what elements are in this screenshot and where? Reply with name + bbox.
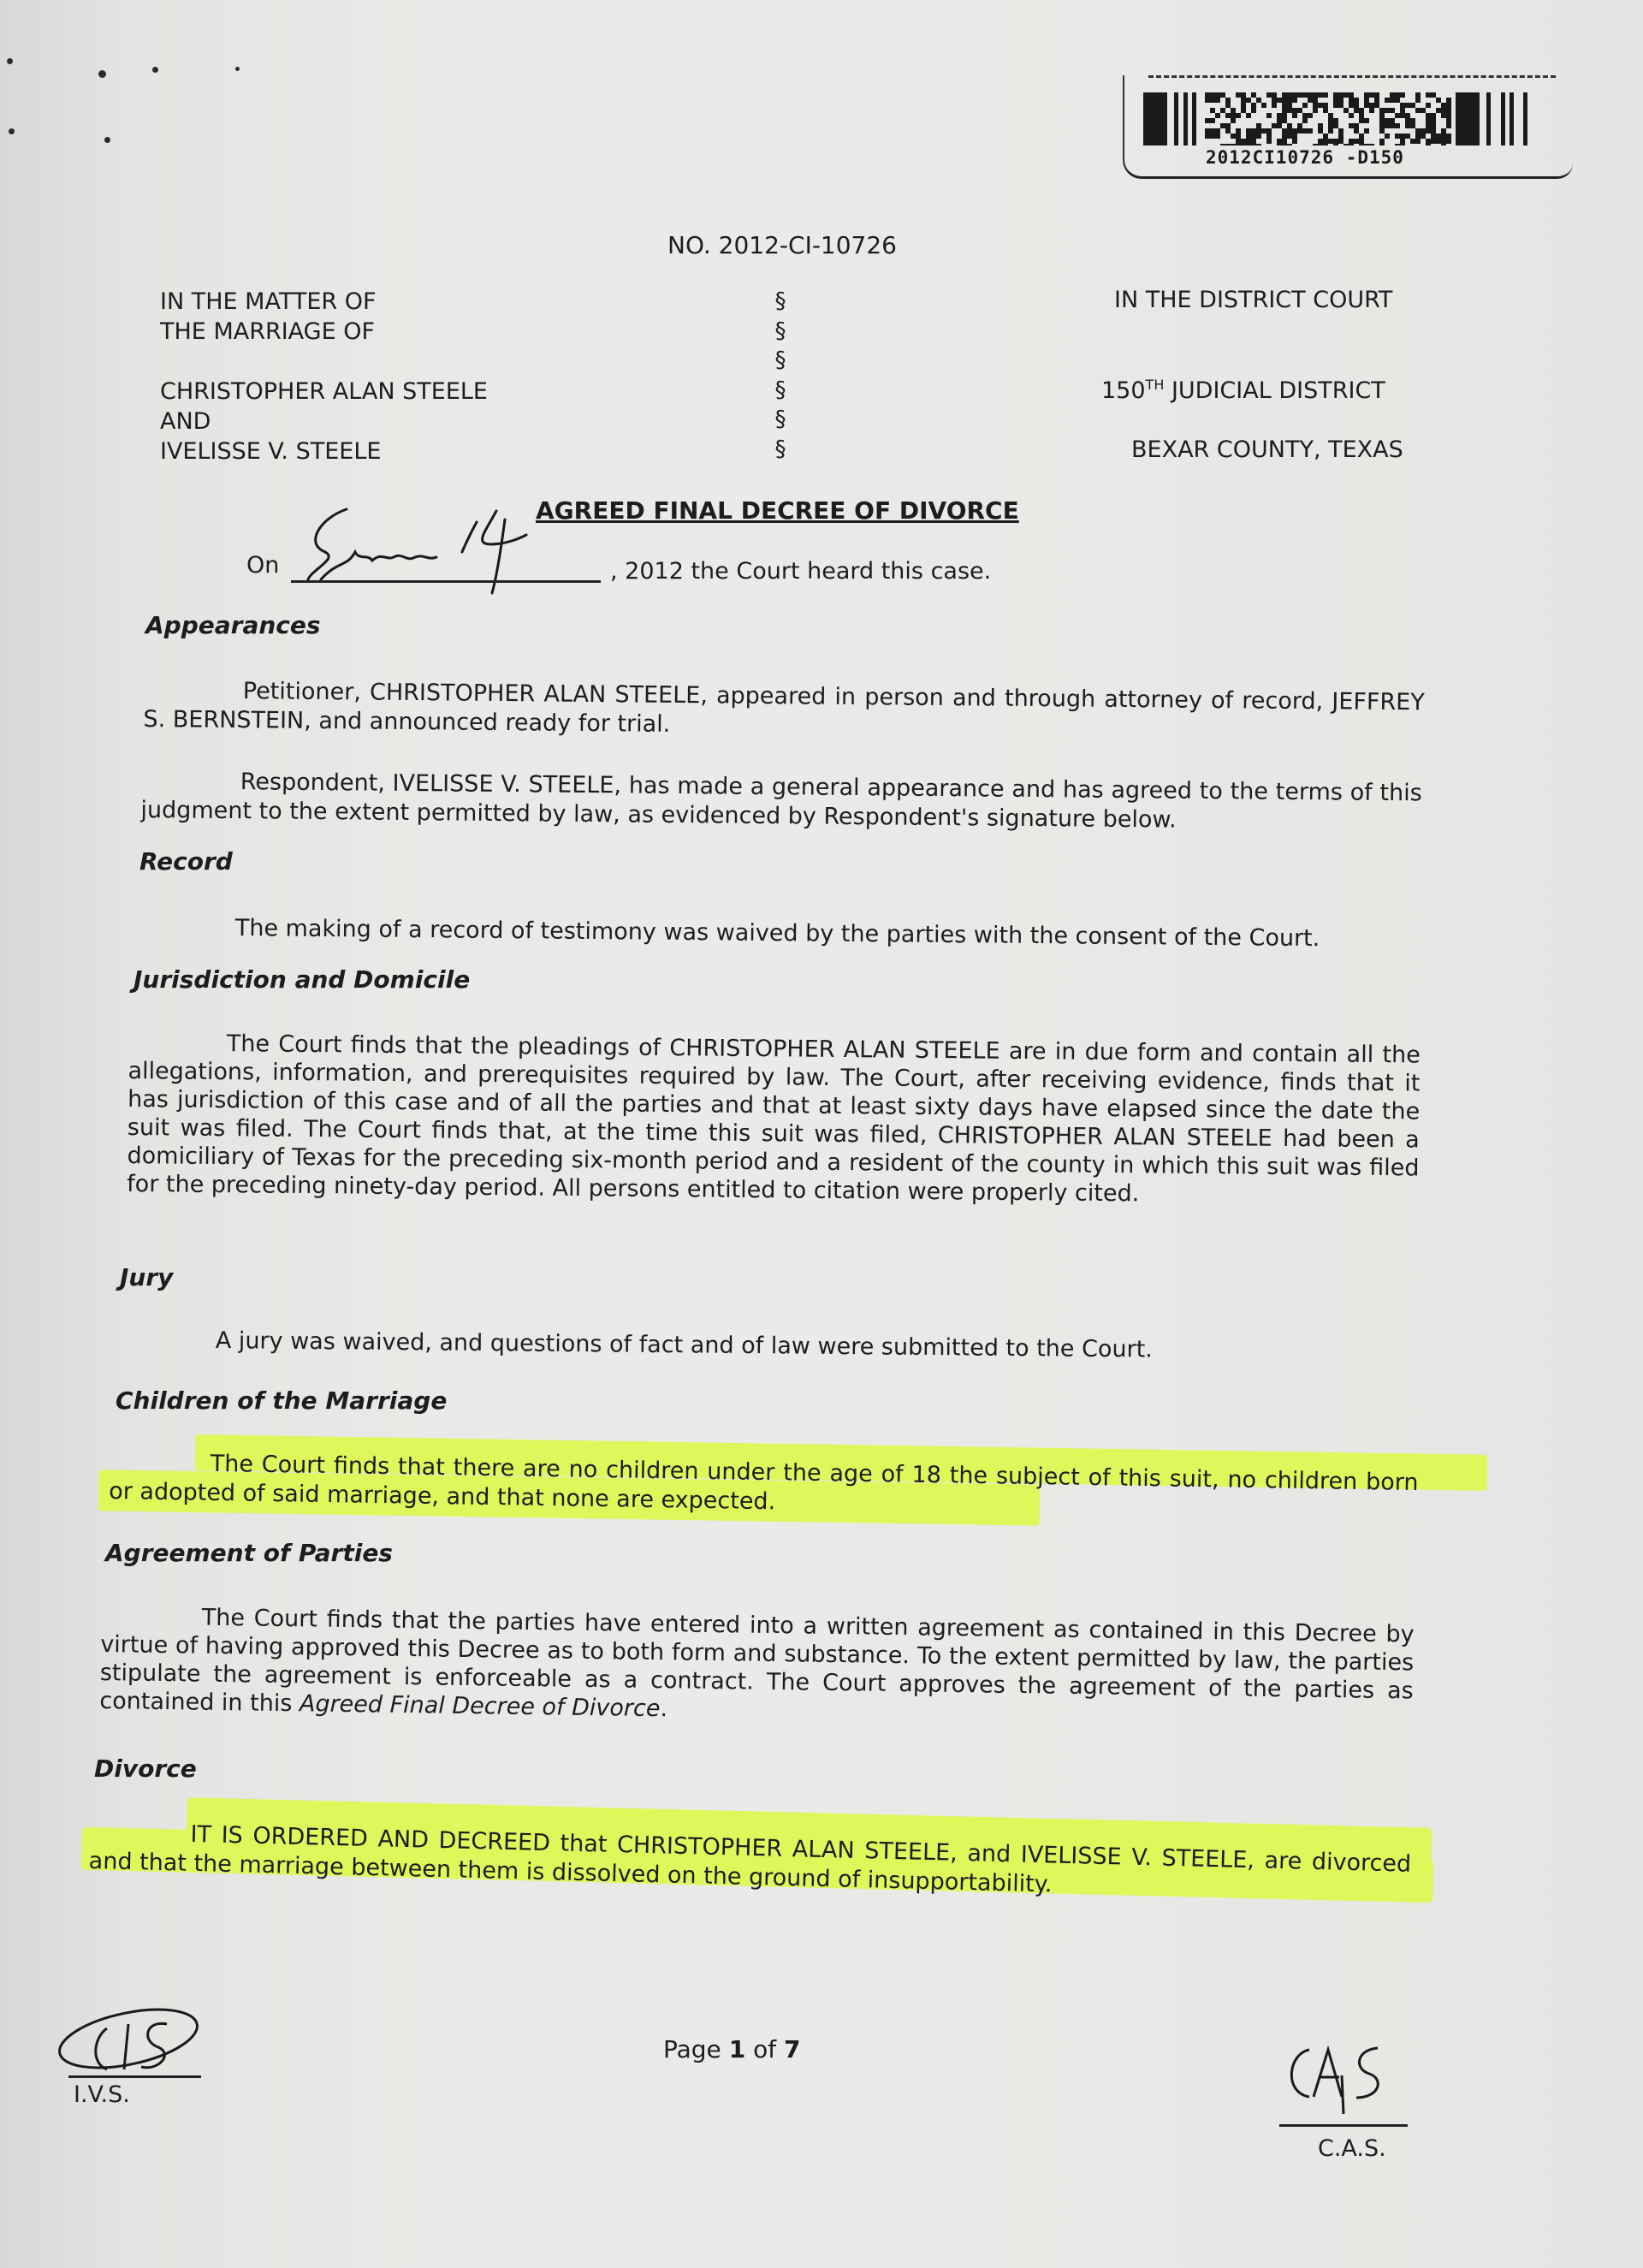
paper-speck xyxy=(9,128,15,134)
petitioner-name: CHRISTOPHER ALAN STEELE xyxy=(160,377,488,407)
document-page: 2012CI10726 -D150 NO. 2012-CI-10726 IN T… xyxy=(0,0,1643,2268)
paragraph-record: The making of a record of testimony was … xyxy=(235,914,1433,954)
initials-label-cas: C.A.S. xyxy=(1318,2135,1386,2162)
section-symbols: § § § § § § xyxy=(770,287,791,464)
heading-divorce: Divorce xyxy=(94,1754,197,1783)
heading-record: Record xyxy=(139,847,233,876)
initials-signature-ivs xyxy=(47,2003,210,2080)
judicial-district: 150TH JUDICIAL DISTRICT xyxy=(1101,377,1385,404)
caption-line: THE MARRIAGE OF xyxy=(160,317,488,347)
heading-jurisdiction: Jurisdiction and Domicile xyxy=(133,965,470,994)
hearing-suffix: , 2012 the Court heard this case. xyxy=(610,558,991,585)
heading-agreement: Agreement of Parties xyxy=(105,1539,393,1567)
respondent-name: IVELISSE V. STEELE xyxy=(160,436,488,466)
case-number: NO. 2012-CI-10726 xyxy=(667,231,897,259)
paper-speck xyxy=(7,58,13,64)
heading-appearances: Appearances xyxy=(145,611,321,639)
hearing-prefix: On xyxy=(246,552,279,579)
paragraph-agreement: The Court finds that the parties have en… xyxy=(99,1602,1415,1733)
barcode-number: 2012CI10726 -D150 xyxy=(1206,147,1404,168)
page-number: Page 1 of 7 xyxy=(663,2035,800,2063)
court-name: IN THE DISTRICT COURT xyxy=(1114,287,1392,313)
date-underline xyxy=(291,580,601,583)
initials-label-ivs: I.V.S. xyxy=(74,2081,130,2108)
paper-speck xyxy=(98,70,106,78)
heading-children: Children of the Marriage xyxy=(116,1386,447,1415)
barcode-icon xyxy=(1143,92,1545,145)
caption-line: IN THE MATTER OF xyxy=(160,287,488,317)
paragraph-jurisdiction: The Court finds that the pleadings of CH… xyxy=(127,1029,1421,1210)
paragraph-appearances-petitioner: Petitioner, CHRISTOPHER ALAN STEELE, app… xyxy=(143,676,1425,746)
initials-signature-cas xyxy=(1275,2041,1403,2127)
caption-left: IN THE MATTER OF THE MARRIAGE OF CHRISTO… xyxy=(160,287,488,466)
paper-speck xyxy=(104,137,110,143)
caption-line: AND xyxy=(160,407,488,436)
county-state: BEXAR COUNTY, TEXAS xyxy=(1131,436,1403,463)
paper-speck xyxy=(152,67,158,73)
initials-line xyxy=(1279,2124,1408,2127)
paragraph-jury: A jury was waived, and questions of fact… xyxy=(216,1327,1328,1366)
paragraph-appearances-respondent: Respondent, IVELISSE V. STEELE, has made… xyxy=(140,767,1422,837)
initials-line xyxy=(68,2075,201,2078)
paper-speck xyxy=(235,67,240,71)
barcode-stamp: 2012CI10726 -D150 xyxy=(1123,75,1573,179)
heading-jury: Jury xyxy=(120,1263,173,1291)
